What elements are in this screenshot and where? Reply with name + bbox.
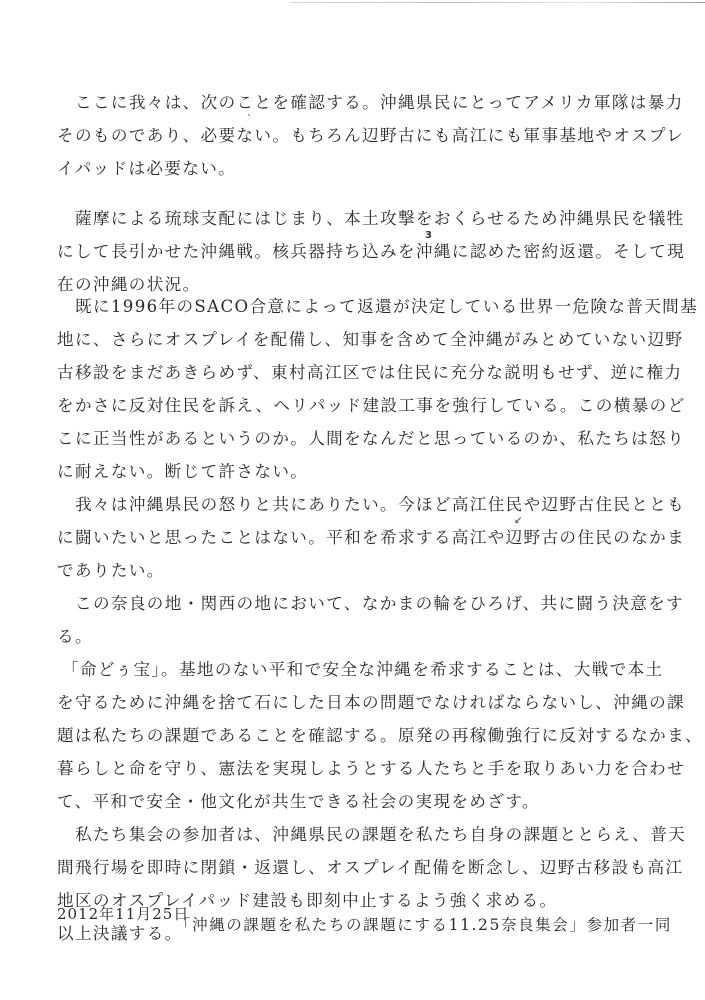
paragraph-6-line-2: を守るために沖縄を捨て石にした日本の問題でなければならないし、沖縄の課 [57,692,657,714]
paragraph-4-line-3: でありたい。 [57,560,657,582]
paragraph-1-line-2: そのものであり、必要ない。もちろん辺野古にも高江にも軍事基地やオスプレ [57,125,657,147]
paragraph-6-line-4: 暮らしと命を守り、憲法を実現しようとする人たちと手を取りあい力を合わせ [57,758,657,780]
paragraph-2-line-1: 薩摩による琉球支配にはじまり、本土攻撃をおくらせるため沖縄県民を犠牲 [75,208,675,230]
paragraph-3-line-6: に耐えない。断じて許さない。 [57,461,657,483]
document-date: 2012年11月25日 [57,904,189,924]
paragraph-2-line-2: にして長引かせた沖縄戦。核兵器持ち込みを沖縄に認めた密約返還。そして現 [57,241,657,263]
paragraph-5-line-1: この奈良の地・関西の地において、なかまの輪をひろげ、共に闘う決意をす [75,593,675,615]
paragraph-6-line-5: て、平和で安全・他文化が共生できる社会の実現をめざす。 [57,791,657,813]
resolution-document: ここに我々は、次のことを確認する。沖縄県民にとってアメリカ軍隊は暴力 そのもので… [0,0,705,1000]
document-signature: 「沖縄の課題を私たちの課題にする11.25奈良集会」参加者一同 [175,915,672,935]
paragraph-4-line-2: に闘いたいと思ったことはない。平和を希求する高江や辺野古の住民のなかま [57,527,657,549]
paragraph-2-line-3: 在の沖縄の状況。 [57,274,657,296]
paragraph-4-line-1: 我々は沖縄県民の怒りと共にありたい。今ほど高江住民や辺野古住民ととも [75,494,675,516]
paragraph-5-line-2: る。 [57,626,657,648]
paragraph-3-line-5: こに正当性があるというのか。人間をなんだと思っているのか、私たちは怒り [57,428,657,450]
paragraph-1-line-1: ここに我々は、次のことを確認する。沖縄県民にとってアメリカ軍隊は暴力 [75,92,675,114]
paragraph-6-line-1: 「命どぅ宝」。基地のない平和で安全な沖縄を希求することは、大戦で本土 [62,659,662,681]
paragraph-7-line-2: 間飛行場を即時に閉鎖・返還し、オスプレイ配備を断念し、辺野古移設も高江 [57,857,657,879]
paragraph-3-line-1-text: 既に1996年のSACO合意によって返還が決定している世界一危険な普天間基 [75,297,698,316]
handwritten-tick-mark: ` [247,114,252,125]
paragraph-1-line-3: イパッドは必要ない。 [57,158,657,180]
paragraph-3-line-3: 古移設をまだあきらめず、東村高江区では住民に充分な説明もせず、逆に権力 [57,362,657,384]
handwritten-superscript-3: 3 [425,230,432,241]
paragraph-3-line-2: 地に、さらにオスプレイを配備し、知事を含めて全沖縄がみとめていない辺野 [57,329,657,351]
paragraph-3-line-1: 既に1996年のSACO合意によって返還が決定している世界一危険な普天間基 [75,296,675,318]
paragraph-6-line-3: 題は私たちの課題であることを確認する。原発の再稼働強行に反対するなかま、 [57,725,657,747]
handwritten-arrow-mark: ↙ [514,515,522,526]
paragraph-3-line-4: をかさに反対住民を訴え、ヘリパッド建設工事を強行している。この横暴のど [57,395,657,417]
paragraph-7-line-1: 私たち集会の参加者は、沖縄県民の課題を私たち自身の課題ととらえ、普天 [75,824,675,846]
